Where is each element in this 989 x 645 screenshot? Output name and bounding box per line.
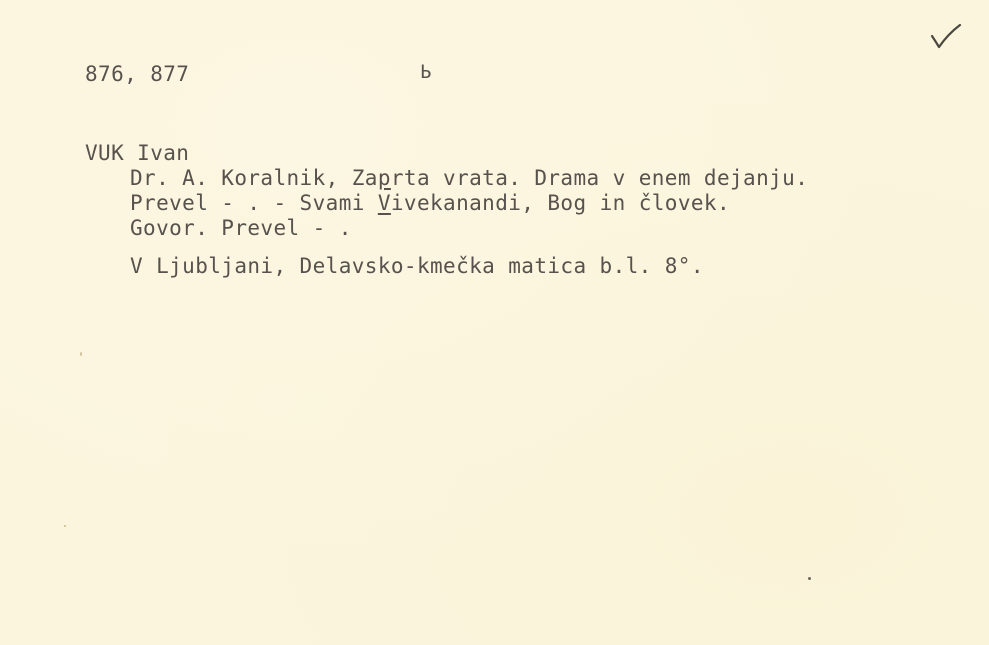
entry-text: Dr. A. Koralnik, Za (130, 166, 378, 190)
paper-speck (808, 577, 811, 580)
author-heading: VUK Ivan (85, 141, 189, 165)
entry-line-3: Govor. Prevel - . (130, 216, 352, 240)
location-mark: Ь (420, 60, 432, 84)
paper-speck (80, 352, 82, 356)
underlined-char: p (378, 166, 391, 190)
imprint-line: V Ljubljani, Delavsko-kmečka matica b.l.… (130, 254, 704, 278)
entry-text: ivekanandi, Bog in človek. (391, 191, 730, 215)
entry-text: rta vrata. Drama v enem dejanju. (391, 166, 808, 190)
entry-text: Prevel - . - Svami (130, 191, 378, 215)
entry-text: Govor. Prevel - . (130, 216, 352, 240)
catalog-card: 876, 877 Ь VUK Ivan Dr. A. Koralnik, Zap… (0, 0, 989, 645)
paper-speck (64, 525, 66, 527)
entry-line-1: Dr. A. Koralnik, Zaprta vrata. Drama v e… (130, 166, 808, 190)
entry-line-2: Prevel - . - Svami Vivekanandi, Bog in č… (130, 191, 730, 215)
checkmark-icon (928, 22, 964, 52)
call-numbers: 876, 877 (85, 62, 189, 86)
underlined-char: V (378, 191, 391, 215)
